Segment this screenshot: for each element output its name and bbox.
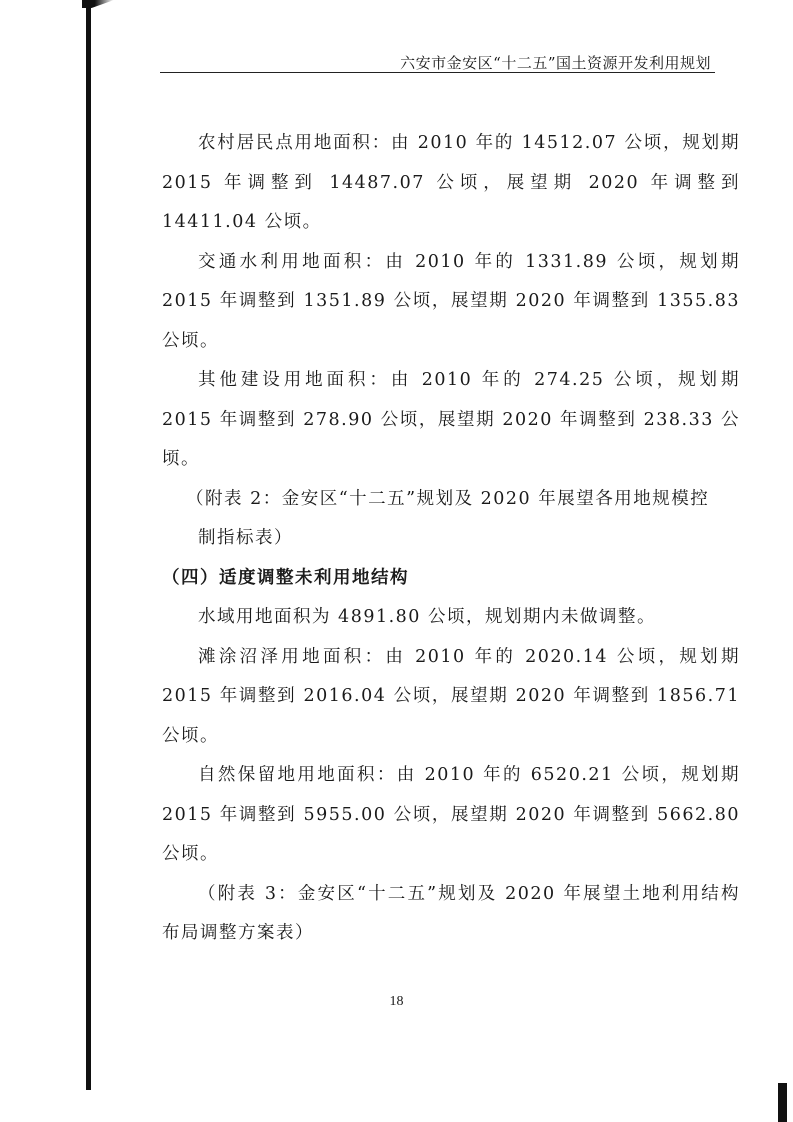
note-appendix-2-line1: （附表 2：金安区“十二五”规划及 2020 年展望各用地规模控 bbox=[186, 489, 709, 509]
paragraph-natural-reserve: 自然保留地用地面积：由 2010 年的 6520.21 公顷，规划期 2015 … bbox=[162, 756, 740, 875]
note-appendix-2: （附表 2：金安区“十二五”规划及 2020 年展望各用地规模控 制指标表） bbox=[162, 480, 740, 559]
note-appendix-2-line2: 制指标表） bbox=[186, 519, 740, 559]
running-title: 六安市金安区“十二五”国土资源开发利用规划 bbox=[400, 54, 715, 72]
paragraph-tidal-marsh: 滩涂沼泽用地面积：由 2010 年的 2020.14 公顷，规划期 2015 年… bbox=[162, 638, 740, 757]
paragraph-other-construction: 其他建设用地面积：由 2010 年的 274.25 公顷，规划期 2015 年调… bbox=[162, 361, 740, 480]
note-appendix-3: （附表 3：金安区“十二五”规划及 2020 年展望土地利用结构布局调整方案表） bbox=[162, 875, 740, 954]
paragraph-water-area: 水域用地面积为 4891.80 公顷，规划期内未做调整。 bbox=[162, 598, 740, 638]
paragraph-transport-water: 交通水利用地面积：由 2010 年的 1331.89 公顷，规划期 2015 年… bbox=[162, 243, 740, 362]
section-heading: （四）适度调整未利用地结构 bbox=[162, 559, 740, 599]
binding-edge bbox=[86, 0, 91, 1090]
running-header: 六安市金安区“十二五”国土资源开发利用规划 bbox=[160, 52, 715, 73]
page-number: 18 bbox=[0, 994, 793, 1010]
scan-mark bbox=[778, 1083, 787, 1122]
document-body: 农村居民点用地面积：由 2010 年的 14512.07 公顷，规划期 2015… bbox=[162, 124, 740, 954]
paragraph-rural-residential: 农村居民点用地面积：由 2010 年的 14512.07 公顷，规划期 2015… bbox=[162, 124, 740, 243]
binding-edge-top bbox=[82, 0, 114, 8]
